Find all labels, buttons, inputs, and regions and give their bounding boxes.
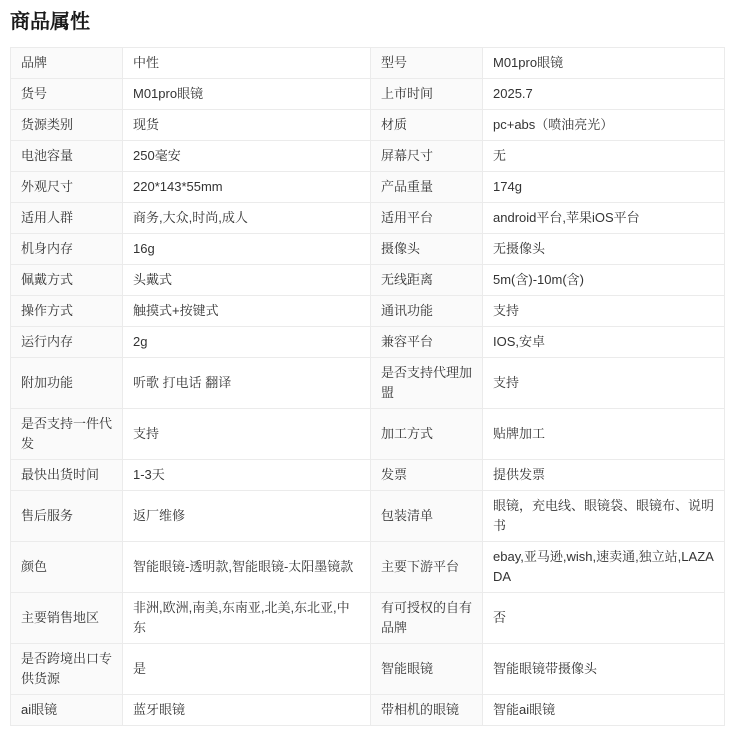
- attr-label: 电池容量: [11, 141, 123, 172]
- attr-label: 智能眼镜: [371, 644, 483, 695]
- table-row: 最快出货时间 1-3天 发票 提供发票: [11, 460, 725, 491]
- attr-label: 是否跨境出口专供货源: [11, 644, 123, 695]
- table-row: 主要销售地区 非洲,欧洲,南美,东南亚,北美,东北亚,中东 有可授权的自有品牌 …: [11, 593, 725, 644]
- attr-value: 返厂维修: [123, 491, 371, 542]
- table-row: 适用人群 商务,大众,时尚,成人 适用平台 android平台,苹果iOS平台: [11, 203, 725, 234]
- attr-value: 提供发票: [483, 460, 725, 491]
- attr-label: 有可授权的自有品牌: [371, 593, 483, 644]
- attr-value: M01pro眼镜: [483, 48, 725, 79]
- table-row: 货源类别 现货 材质 pc+abs（喷油亮光）: [11, 110, 725, 141]
- attr-label: 兼容平台: [371, 327, 483, 358]
- attr-label: 适用人群: [11, 203, 123, 234]
- attr-label: 屏幕尺寸: [371, 141, 483, 172]
- attr-value: 中性: [123, 48, 371, 79]
- table-row: 是否支持一件代发 支持 加工方式 贴牌加工: [11, 409, 725, 460]
- attr-value: 2025.7: [483, 79, 725, 110]
- attr-value: android平台,苹果iOS平台: [483, 203, 725, 234]
- attr-label: 机身内存: [11, 234, 123, 265]
- attr-value: M01pro眼镜: [123, 79, 371, 110]
- attr-label: 运行内存: [11, 327, 123, 358]
- attr-value: 否: [483, 593, 725, 644]
- product-attributes-table: 品牌 中性 型号 M01pro眼镜 货号 M01pro眼镜 上市时间 2025.…: [10, 47, 725, 726]
- table-row: 操作方式 触摸式+按键式 通讯功能 支持: [11, 296, 725, 327]
- attr-value: 220*143*55mm: [123, 172, 371, 203]
- page-title: 商品属性: [10, 10, 734, 34]
- attr-value: 智能眼镜-透明款,智能眼镜-太阳墨镜款: [123, 542, 371, 593]
- table-row: 货号 M01pro眼镜 上市时间 2025.7: [11, 79, 725, 110]
- attr-value: 头戴式: [123, 265, 371, 296]
- attr-label: 摄像头: [371, 234, 483, 265]
- attr-label: 外观尺寸: [11, 172, 123, 203]
- attr-label: 颜色: [11, 542, 123, 593]
- attr-label: 包装清单: [371, 491, 483, 542]
- table-row: 附加功能 听歌 打电话 翻译 是否支持代理加盟 支持: [11, 358, 725, 409]
- attr-value: 触摸式+按键式: [123, 296, 371, 327]
- attr-label: 型号: [371, 48, 483, 79]
- table-row: 电池容量 250毫安 屏幕尺寸 无: [11, 141, 725, 172]
- attr-value: 现货: [123, 110, 371, 141]
- attr-value: 16g: [123, 234, 371, 265]
- attr-label: 材质: [371, 110, 483, 141]
- attr-value: 眼镜，充电线、眼镜袋、眼镜布、说明书: [483, 491, 725, 542]
- table-row: 佩戴方式 头戴式 无线距离 5m(含)-10m(含): [11, 265, 725, 296]
- attr-value: IOS,安卓: [483, 327, 725, 358]
- attr-value: 250毫安: [123, 141, 371, 172]
- attr-label: 品牌: [11, 48, 123, 79]
- attr-label: 产品重量: [371, 172, 483, 203]
- table-row: 售后服务 返厂维修 包装清单 眼镜，充电线、眼镜袋、眼镜布、说明书: [11, 491, 725, 542]
- attr-label: 最快出货时间: [11, 460, 123, 491]
- attr-label: 通讯功能: [371, 296, 483, 327]
- table-row: 外观尺寸 220*143*55mm 产品重量 174g: [11, 172, 725, 203]
- attr-value: 支持: [483, 296, 725, 327]
- attr-value: 智能眼镜带摄像头: [483, 644, 725, 695]
- attr-label: 佩戴方式: [11, 265, 123, 296]
- table-row: 品牌 中性 型号 M01pro眼镜: [11, 48, 725, 79]
- attr-value: 2g: [123, 327, 371, 358]
- attr-label: 无线距离: [371, 265, 483, 296]
- attr-value: 非洲,欧洲,南美,东南亚,北美,东北亚,中东: [123, 593, 371, 644]
- attr-value: 支持: [483, 358, 725, 409]
- attr-label: 主要下游平台: [371, 542, 483, 593]
- attr-label: 是否支持代理加盟: [371, 358, 483, 409]
- attr-label: 适用平台: [371, 203, 483, 234]
- attr-value: 贴牌加工: [483, 409, 725, 460]
- attr-value: 无: [483, 141, 725, 172]
- table-row: 机身内存 16g 摄像头 无摄像头: [11, 234, 725, 265]
- attr-label: 是否支持一件代发: [11, 409, 123, 460]
- attr-value: 1-3天: [123, 460, 371, 491]
- attr-label: 加工方式: [371, 409, 483, 460]
- attr-value: 听歌 打电话 翻译: [123, 358, 371, 409]
- attr-value: 支持: [123, 409, 371, 460]
- attr-label: 主要销售地区: [11, 593, 123, 644]
- attr-label: 售后服务: [11, 491, 123, 542]
- attr-value: 商务,大众,时尚,成人: [123, 203, 371, 234]
- attr-value: 174g: [483, 172, 725, 203]
- table-row: 颜色 智能眼镜-透明款,智能眼镜-太阳墨镜款 主要下游平台 ebay,亚马逊,w…: [11, 542, 725, 593]
- attr-label: 货号: [11, 79, 123, 110]
- attr-label: 上市时间: [371, 79, 483, 110]
- attr-value: pc+abs（喷油亮光）: [483, 110, 725, 141]
- table-row: 是否跨境出口专供货源 是 智能眼镜 智能眼镜带摄像头: [11, 644, 725, 695]
- attr-value: 无摄像头: [483, 234, 725, 265]
- attr-label: 操作方式: [11, 296, 123, 327]
- attr-label: 货源类别: [11, 110, 123, 141]
- table-row: 运行内存 2g 兼容平台 IOS,安卓: [11, 327, 725, 358]
- attr-label: 附加功能: [11, 358, 123, 409]
- attr-label: 发票: [371, 460, 483, 491]
- attr-value: 是: [123, 644, 371, 695]
- attr-value: ebay,亚马逊,wish,速卖通,独立站,LAZADA: [483, 542, 725, 593]
- attr-value: 5m(含)-10m(含): [483, 265, 725, 296]
